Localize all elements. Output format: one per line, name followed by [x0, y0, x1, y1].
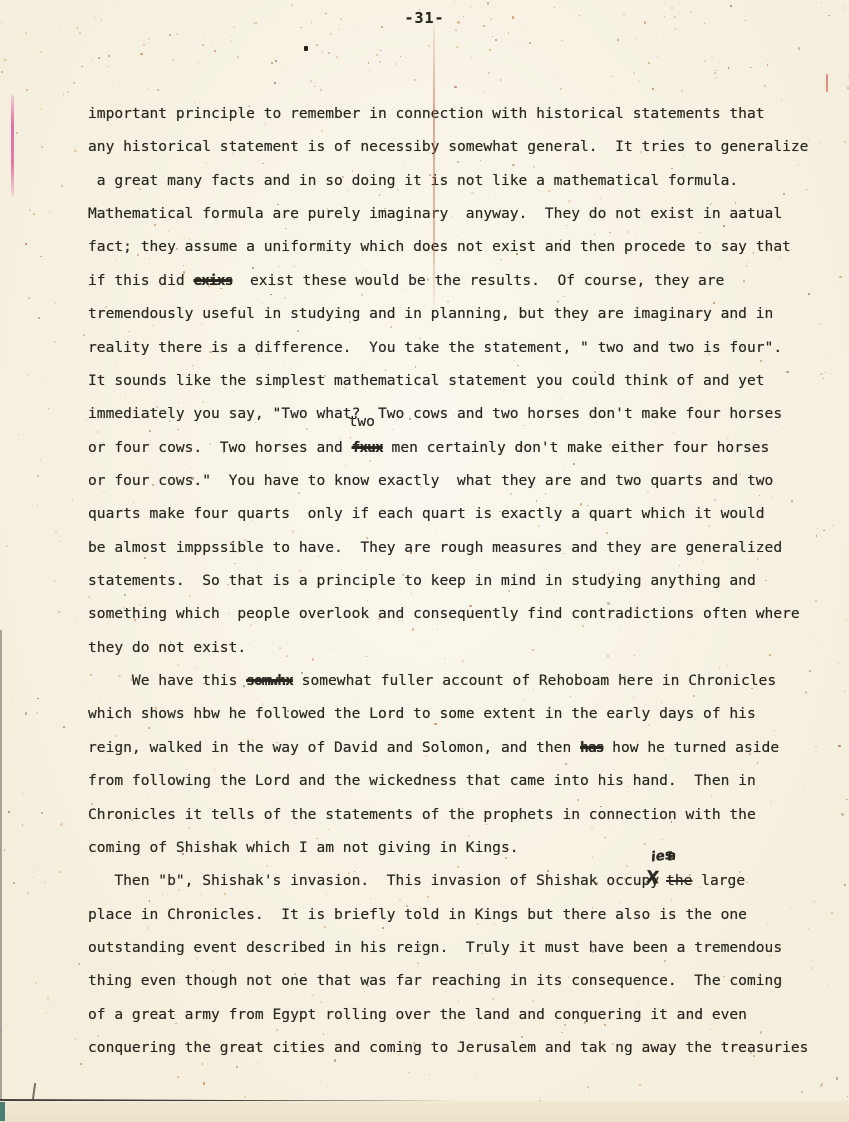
text-line: of a great army from Egypt rolling over … — [88, 998, 848, 1031]
pink-streak-mark — [11, 95, 14, 196]
text-line: immediately you say, "Two what? Two cows… — [88, 397, 848, 430]
stray-ink-dot — [304, 46, 308, 51]
teal-corner-mark — [0, 1102, 5, 1121]
text-line: important principle to remember in conne… — [88, 97, 848, 130]
struck-out-word: has — [580, 739, 603, 756]
typed-insertion: two — [349, 415, 375, 429]
text-line: or four cows." You have to know exactly … — [88, 464, 848, 497]
page-number: -31- — [0, 9, 849, 27]
scan-crease-line — [433, 25, 435, 310]
next-sheet-strip — [0, 1101, 849, 1122]
text-line: if this did exixs exist these would be t… — [88, 264, 848, 297]
text-line: Mathematical formula are purely imaginar… — [88, 197, 848, 230]
struck-out-word: exixs — [193, 272, 232, 289]
text-line: Chronicles it tells of the statements of… — [88, 798, 848, 831]
text-line: place in Chronicles. It is briefly told … — [88, 898, 848, 931]
handwritten-x-mark: X — [645, 862, 660, 896]
text-line: which shows hbw he followed the Lord to … — [88, 697, 848, 730]
correction-stack: athe — [666, 864, 692, 897]
handwritten-insertion: a — [666, 849, 677, 864]
text-line: statements. So that is a principle to ke… — [88, 564, 848, 597]
text-line: tremendously useful in studying and in p… — [88, 297, 848, 330]
text-line: be almost imppssible to have. They are r… — [88, 531, 848, 564]
red-edge-mark — [826, 74, 828, 92]
text-line: they do not exist. — [88, 631, 848, 664]
text-line: from following the Lord and the wickedne… — [88, 764, 848, 797]
page-left-edge-shadow — [0, 630, 2, 1100]
text-line: fact; they assume a uniformity which doe… — [88, 230, 848, 263]
text-line: a great many facts and in so doing it is… — [88, 164, 848, 197]
text-line: reality there is a difference. You take … — [88, 331, 848, 364]
text-line: something which people overlook and cons… — [88, 597, 848, 630]
text-block: important principle to remember in conne… — [88, 97, 848, 1064]
struck-out-word: somwhx — [246, 672, 293, 689]
text-line: or four cows. Two horses and twofxux men… — [88, 431, 848, 464]
text-line: any historical statement is of necessiby… — [88, 130, 848, 163]
text-line: It sounds like the simplest mathematical… — [88, 364, 848, 397]
text-line: We have this somwhx somewhat fuller acco… — [88, 664, 848, 697]
text-line: thing even though not one that was far r… — [88, 964, 848, 997]
text-line: reign, walked in the way of David and So… — [88, 731, 848, 764]
text-line: quarts make four quarts only if each qua… — [88, 497, 848, 530]
correction-stack: twofxux — [352, 431, 383, 464]
text-line: outstanding event described in his reign… — [88, 931, 848, 964]
text-line: conquering the great cities and coming t… — [88, 1031, 848, 1064]
scanned-page: { "page": { "number": "-31-" }, "palette… — [0, 0, 849, 1122]
text-line: coming of Shishak which I am not giving … — [88, 831, 848, 864]
text-line: Then "b", Shishak's invasion. This invas… — [88, 864, 848, 897]
